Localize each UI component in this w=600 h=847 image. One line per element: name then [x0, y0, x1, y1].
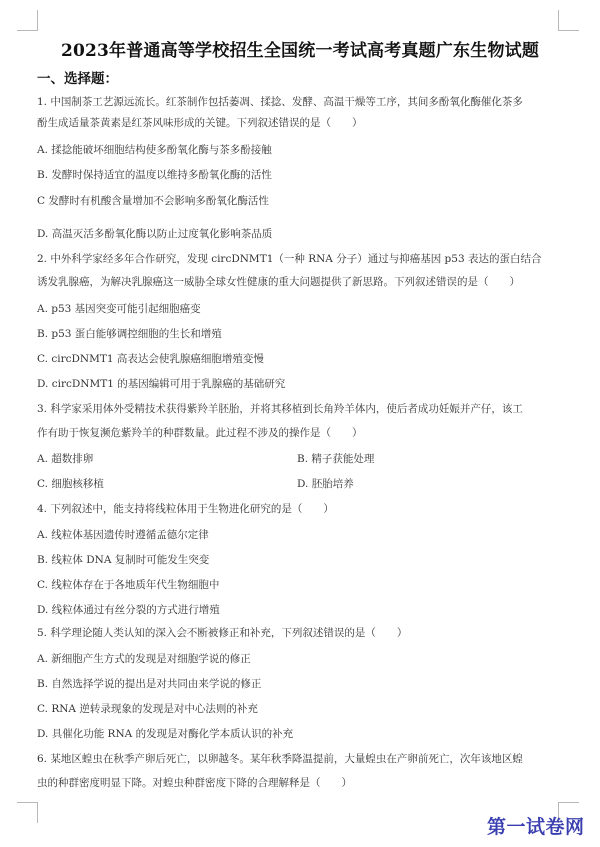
question-6-stem-line-2: 虫的种群密度明显下降。对蝗虫种群密度下降的合理解释是（ ）: [37, 776, 352, 790]
question-2-option-b: B. p53 蛋白能够调控细胞的生长和增殖: [37, 327, 222, 341]
question-2-option-c: C. circDNMT1 高表达会使乳腺癌细胞增殖变慢: [37, 352, 264, 366]
question-3-stem-line-1: 3. 科学家采用体外受精技术获得紫羚羊胚胎，并将其移植到长角羚羊体内，使后者成功…: [37, 402, 523, 416]
question-4-option-b: B. 线粒体 DNA 复制时可能发生突变: [37, 553, 209, 567]
question-2-option-a: A. p53 基因突变可能引起细胞癌变: [37, 302, 201, 316]
question-4-option-a: A. 线粒体基因遗传时遵循孟德尔定律: [37, 528, 209, 542]
page-title: 2023年普通高等学校招生全国统一考试高考真题广东生物试题: [0, 36, 600, 61]
question-3-option-b: B. 精子获能处理: [297, 452, 374, 466]
question-1-stem-line-1: 1. 中国制茶工艺源远流长。红茶制作包括萎凋、揉捻、发酵、高温干燥等工序，其间多…: [37, 95, 523, 109]
question-4-option-d: D. 线粒体通过有丝分裂的方式进行增殖: [37, 603, 220, 617]
question-5-option-c: C. RNA 逆转录现象的发现是对中心法则的补充: [37, 702, 258, 716]
question-1-option-b: B. 发酵时保持适宜的温度以维持多酚氧化酶的活性: [37, 168, 272, 182]
question-2-stem-line-1: 2. 中外科学家经多年合作研究，发现 circDNMT1（一种 RNA 分子）通…: [37, 252, 541, 266]
question-1-option-c: C 发酵时有机酸含量增加不会影响多酚氧化酶活性: [37, 194, 269, 208]
question-4-option-c: C. 线粒体存在于各地质年代生物细胞中: [37, 578, 219, 592]
page-corner-mark-top-left: [17, 10, 38, 31]
question-3-option-a: A. 超数排卵: [37, 452, 93, 466]
question-3-option-c: C. 细胞核移植: [37, 477, 104, 491]
section-heading: 一、选择题：: [37, 67, 118, 87]
page-corner-mark-bottom-left: [17, 802, 38, 823]
question-1-option-d: D. 高温灭活多酚氧化酶以防止过度氧化影响茶品质: [37, 227, 272, 241]
question-6-stem-line-1: 6. 某地区蝗虫在秋季产卵后死亡，以卵越冬。某年秋季降温提前，大量蝗虫在产卵前死…: [37, 752, 523, 766]
question-2-stem-line-2: 诱发乳腺癌，为解决乳腺癌这一威胁全球女性健康的重大问题提供了新思路。下列叙述错误…: [37, 275, 520, 289]
question-5-option-a: A. 新细胞产生方式的发现是对细胞学说的修正: [37, 652, 251, 666]
question-2-option-d: D. circDNMT1 的基因编辑可用于乳腺癌的基础研究: [37, 377, 285, 391]
question-5-stem-line-1: 5. 科学理论随人类认知的深入会不断被修正和补充，下列叙述错误的是（ ）: [37, 626, 407, 640]
question-3-stem-line-2: 作有助于恢复濒危紫羚羊的种群数量。此过程不涉及的操作是（ ）: [37, 426, 363, 440]
question-4-stem-line-1: 4. 下列叙述中，能支持将线粒体用于生物进化研究的是（ ）: [37, 502, 334, 516]
site-watermark-logo: 第一试卷网: [487, 812, 585, 839]
page-corner-mark-top-right: [558, 10, 579, 31]
question-3-option-d: D. 胚胎培养: [297, 477, 354, 491]
question-5-option-d: D. 具催化功能 RNA 的发现是对酶化学本质认识的补充: [37, 727, 293, 741]
question-1-option-a: A. 揉捻能破坏细胞结构使多酚氧化酶与茶多酚接触: [37, 143, 272, 157]
question-5-option-b: B. 自然选择学说的提出是对共同由来学说的修正: [37, 677, 261, 691]
question-1-stem-line-2: 酚生成适量茶黄素是红茶风味形成的关键。下列叙述错误的是（ ）: [37, 116, 363, 130]
